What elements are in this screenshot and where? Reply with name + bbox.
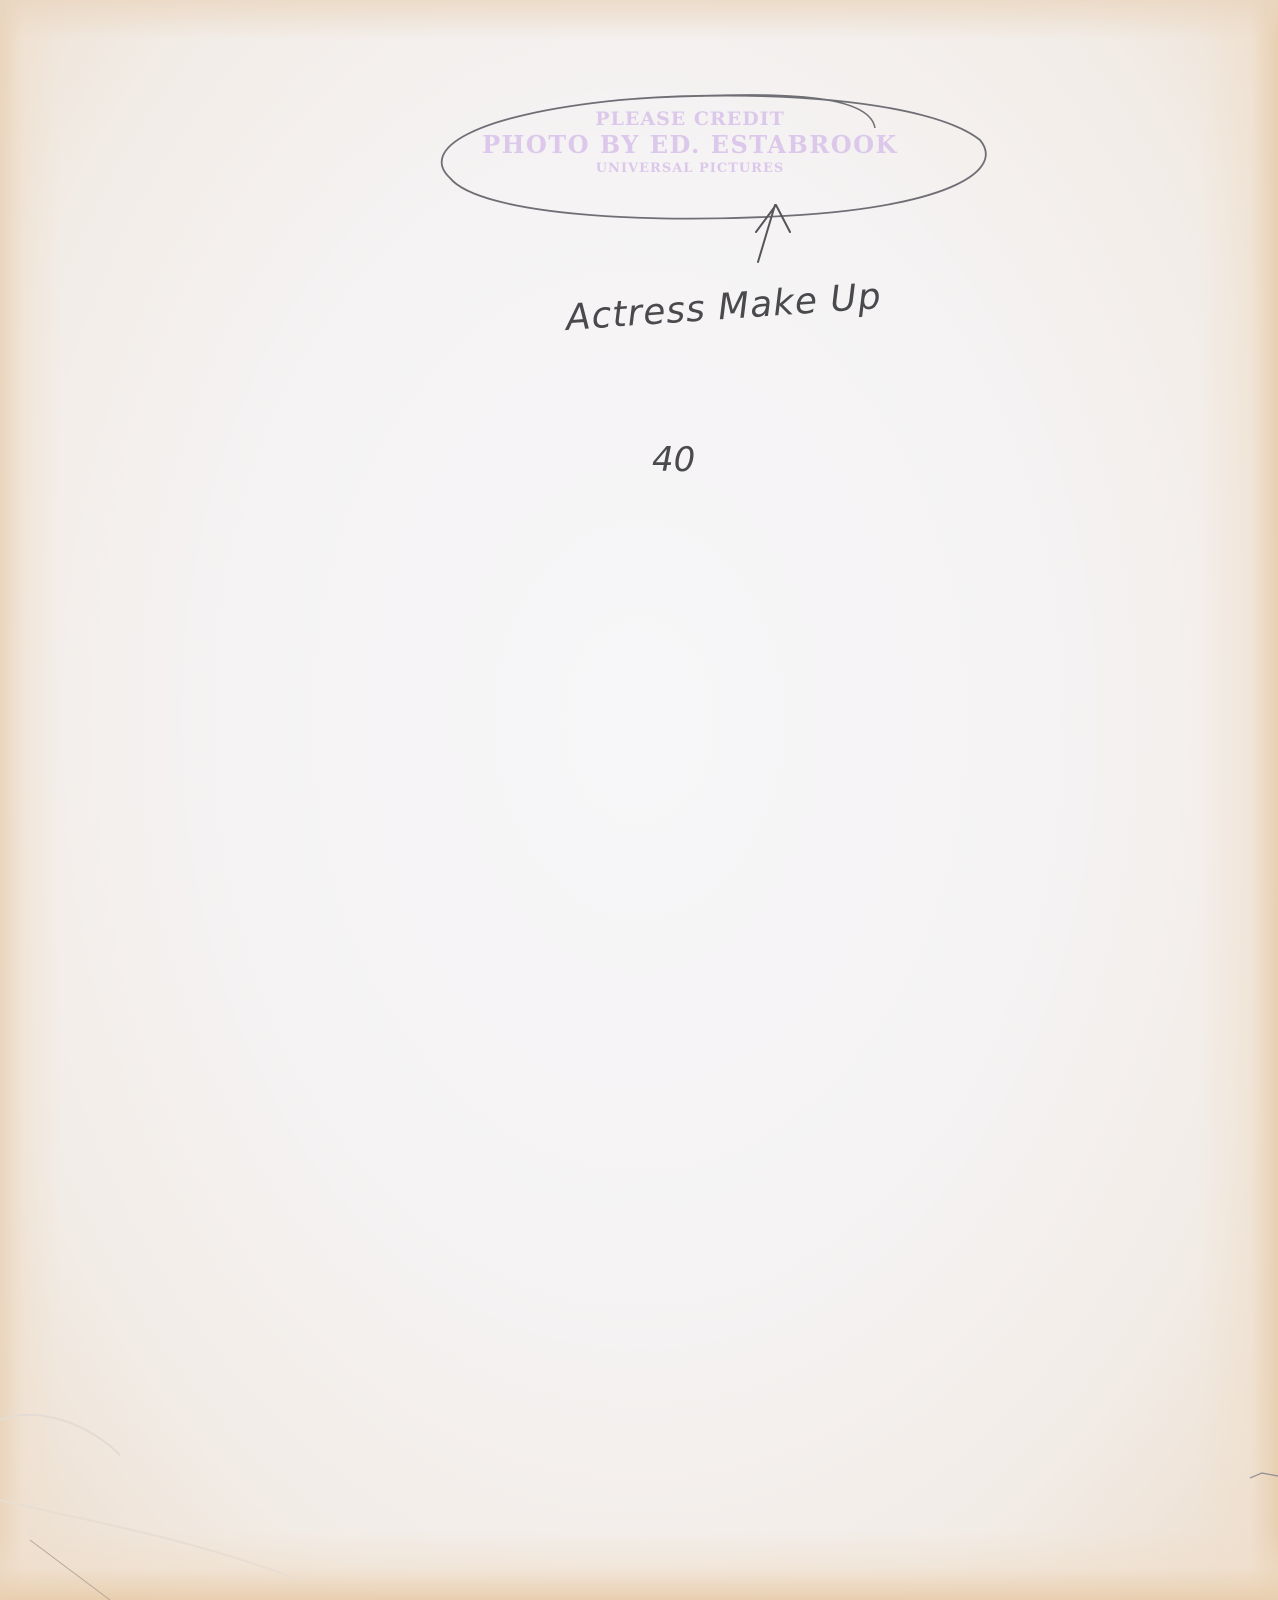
- pencil-arrow-icon: [756, 205, 790, 262]
- credit-stamp: PLEASE CREDIT PHOTO BY ED. ESTABROOK UNI…: [440, 108, 940, 178]
- handwritten-caption: Actress Make Up: [565, 276, 883, 339]
- stamp-line-photographer: PHOTO BY ED. ESTABROOK: [440, 130, 940, 160]
- handwritten-number: 40: [652, 440, 695, 480]
- aged-edge-top: [0, 0, 1278, 40]
- pencil-markings: [0, 0, 1278, 1600]
- photo-back-page: PLEASE CREDIT PHOTO BY ED. ESTABROOK UNI…: [0, 0, 1278, 1600]
- stamp-line-please-credit: PLEASE CREDIT: [440, 108, 940, 130]
- stamp-line-studio: UNIVERSAL PICTURES: [440, 160, 940, 178]
- aged-edge-left: [0, 0, 60, 1600]
- aged-edge-right: [1198, 0, 1278, 1600]
- aged-edge-bottom: [0, 1530, 1278, 1600]
